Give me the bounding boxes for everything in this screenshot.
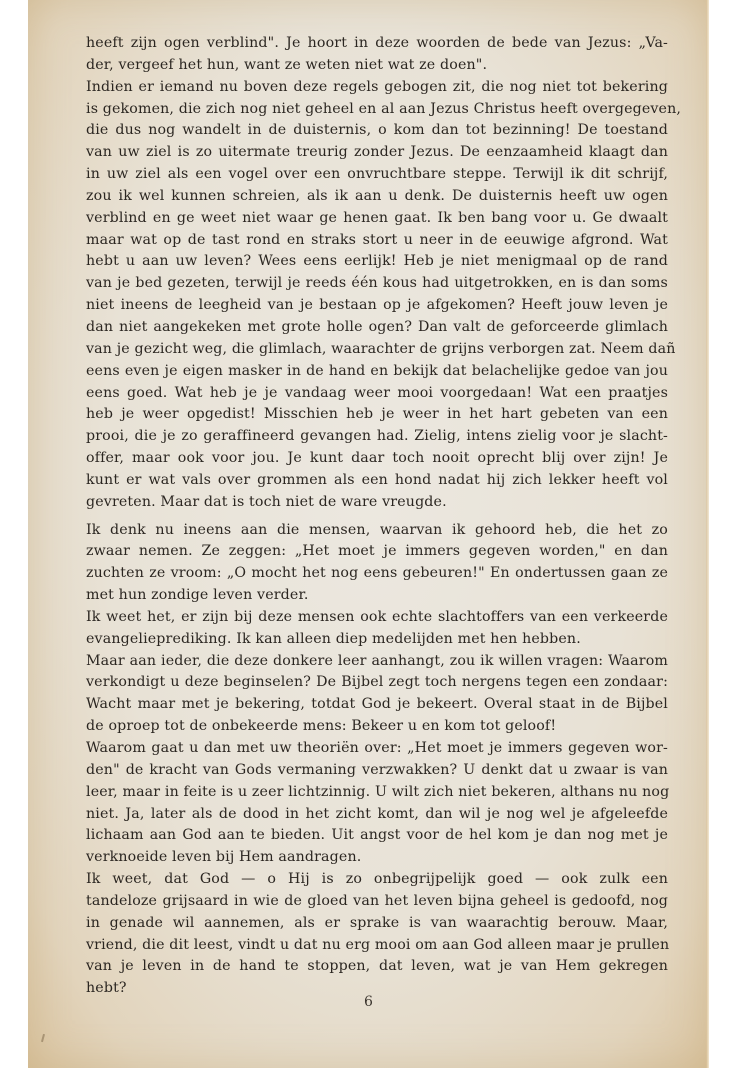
text-line: prooi, die je zo geraffineerd gevangen h… <box>86 426 668 448</box>
text-line: met hun zondige leven verder. <box>86 585 668 607</box>
text-line: hebt u aan uw leven? Wees eens eerlijk! … <box>86 251 668 273</box>
body-text: heeft zijn ogen verblind". Je hoort in d… <box>86 33 668 1000</box>
book-page: heeft zijn ogen verblind". Je hoort in d… <box>28 0 709 1068</box>
text-line: der, vergeef het hun, want ze weten niet… <box>86 55 668 77</box>
text-line: offer, maar ook voor jou. Je kunt daar t… <box>86 448 668 470</box>
text-line: eens even je eigen masker in de hand en … <box>86 361 668 383</box>
text-line: Indien er iemand nu boven deze regels ge… <box>86 77 668 99</box>
text-line: den" de kracht van Gods vermaning verzwa… <box>86 760 668 782</box>
paragraph: Ik denk nu ineens aan die mensen, waarva… <box>86 520 668 607</box>
paragraph: Maar aan ieder, die deze donkere leer aa… <box>86 651 668 738</box>
text-line: heb je weer opgedist! Misschien heb je w… <box>86 404 668 426</box>
text-line: kunt er wat vals over grommen als een ho… <box>86 470 668 492</box>
text-line: heeft zijn ogen verblind". Je hoort in d… <box>86 33 668 55</box>
text-line: Ik weet het, er zijn bij deze mensen ook… <box>86 607 668 629</box>
text-line: in genade wil aannemen, als er sprake is… <box>86 913 668 935</box>
text-line: niet. Ja, later als de dood in het zicht… <box>86 804 668 826</box>
paragraph: heeft zijn ogen verblind". Je hoort in d… <box>86 33 668 77</box>
text-line: Ik denk nu ineens aan die mensen, waarva… <box>86 520 668 542</box>
text-line: maar wat op de tast rond en straks stort… <box>86 230 668 252</box>
text-line: de oproep tot de onbekeerde mens: Bekeer… <box>86 716 668 738</box>
text-line: zuchten ze vroom: „O mocht het nog eens … <box>86 563 668 585</box>
page-number: 6 <box>364 994 373 1010</box>
paragraph: Ik weet het, er zijn bij deze mensen ook… <box>86 607 668 651</box>
paragraph: Indien er iemand nu boven deze regels ge… <box>86 77 668 514</box>
text-line: leer, maar in feite is u zeer lichtzinni… <box>86 782 668 804</box>
text-line: verblind en ge weet niet waar ge henen g… <box>86 208 668 230</box>
text-line: Ik weet, dat God — o Hij is zo onbegrijp… <box>86 869 668 891</box>
text-line: evangelieprediking. Ik kan alleen diep m… <box>86 629 668 651</box>
text-line: tandeloze grijsaard in wie de gloed van … <box>86 891 668 913</box>
paragraph: Ik weet, dat God — o Hij is zo onbegrijp… <box>86 869 668 1000</box>
text-line: gevreten. Maar dat is toch niet de ware … <box>86 492 668 514</box>
text-line: van je gezicht weg, die glimlach, waarac… <box>86 339 668 361</box>
text-line: in uw ziel als een vogel over een onvruc… <box>86 164 668 186</box>
text-line: Waarom gaat u dan met uw theoriën over: … <box>86 738 668 760</box>
text-line: niet ineens de leegheid van je bestaan o… <box>86 295 668 317</box>
text-line: is gekomen, die zich nog niet geheel en … <box>86 99 668 121</box>
text-line: Wacht maar met je bekering, totdat God j… <box>86 694 668 716</box>
text-line: zwaar nemen. Ze zeggen: „Het moet je imm… <box>86 541 668 563</box>
paper-speck <box>41 1034 45 1042</box>
text-line: van je bed gezeten, terwijl je reeds één… <box>86 273 668 295</box>
text-line: hebt? <box>86 978 668 1000</box>
text-line: van je leven in de hand te stoppen, dat … <box>86 956 668 978</box>
text-line: vriend, die dit leest, vindt u dat nu er… <box>86 935 668 957</box>
text-line: verkondigt u deze beginselen? De Bijbel … <box>86 672 668 694</box>
text-line: zou ik wel kunnen schreien, als ik aan u… <box>86 186 668 208</box>
text-line: lichaam aan God aan te bieden. Uit angst… <box>86 825 668 847</box>
paragraph: Waarom gaat u dan met uw theoriën over: … <box>86 738 668 869</box>
text-line: die dus nog wandelt in de duisternis, o … <box>86 120 668 142</box>
text-line: verknoeide leven bij Hem aandragen. <box>86 847 668 869</box>
text-line: eens goed. Wat heb je je vandaag weer mo… <box>86 383 668 405</box>
text-line: dan niet aangekeken met grote holle ogen… <box>86 317 668 339</box>
text-line: van uw ziel is zo uitermate treurig zond… <box>86 142 668 164</box>
text-line: Maar aan ieder, die deze donkere leer aa… <box>86 651 668 673</box>
